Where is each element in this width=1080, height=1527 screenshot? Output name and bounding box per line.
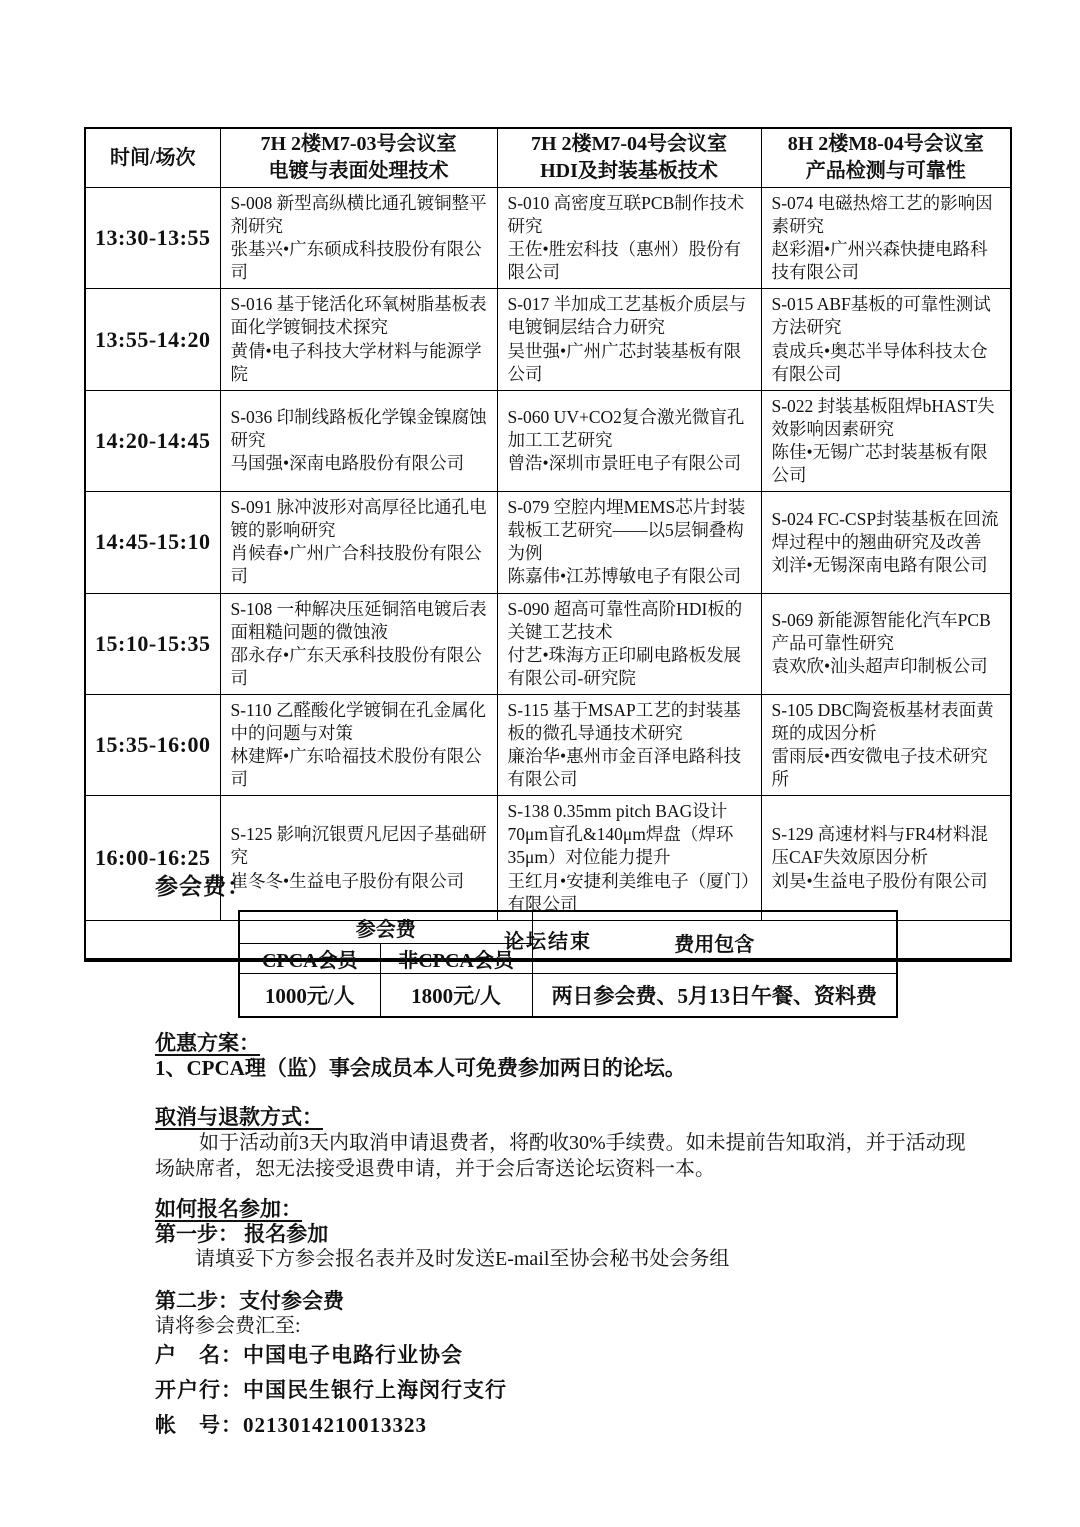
fee-values-row: 1000元/人 1800元/人 两日参会费、5月13日午餐、资料费 xyxy=(239,973,897,1017)
session-cell-room2: S-060 UV+CO2复合激光微盲孔加工工艺研究 曾浩•深圳市景旺电子有限公司 xyxy=(497,390,761,491)
time-cell: 15:10-15:35 xyxy=(85,593,220,694)
fee-header-row: 参会费 费用包含 xyxy=(239,911,897,943)
bank-branch: 开户行：中国民生银行上海闵行支行 xyxy=(155,1377,507,1403)
session-cell-room3: S-129 高速材料与FR4材料混压CAF失效原因分析 刘昊•生益电子股份有限公… xyxy=(761,796,1011,920)
time-cell: 13:30-13:55 xyxy=(85,188,220,289)
cancellation-body: 如于活动前3天内取消申请退费者，将酌收30%手续费。如未提前告知取消，并于活动现… xyxy=(155,1130,975,1182)
fee-header-cell: 参会费 xyxy=(239,911,532,943)
time-cell: 15:35-16:00 xyxy=(85,694,220,795)
schedule-row: 13:55-14:20 S-016 基于铑活化环氧树脂基板表面化学镀铜技术探究 … xyxy=(85,289,1011,390)
session-cell-room1: S-108 一种解决压延铜箔电镀后表面粗糙问题的微蚀液 邵永存•广东天承科技股份… xyxy=(220,593,497,694)
session-cell-room3: S-022 封装基板阻焊bHAST失效影响因素研究 陈佳•无锡广芯封装基板有限公… xyxy=(761,390,1011,491)
time-cell: 14:45-15:10 xyxy=(85,492,220,593)
cpca-member-header: CPCA会员 xyxy=(239,943,380,973)
schedule-row: 15:10-15:35 S-108 一种解决压延铜箔电镀后表面粗糙问题的微蚀液 … xyxy=(85,593,1011,694)
header-room1-column: 7H 2楼M7-03号会议室 电镀与表面处理技术 xyxy=(220,128,497,188)
member-price-cell: 1000元/人 xyxy=(239,973,380,1017)
time-cell: 13:55-14:20 xyxy=(85,289,220,390)
document-page: 时间/场次 7H 2楼M7-03号会议室 电镀与表面处理技术 7H 2楼M7-0… xyxy=(0,0,1080,1527)
schedule-row: 15:35-16:00 S-110 乙醛酸化学镀铜在孔金属化中的问题与对策 林建… xyxy=(85,694,1011,795)
session-cell-room1: S-036 印制线路板化学镍金镍腐蚀研究 马国强•深南电路股份有限公司 xyxy=(220,390,497,491)
discount-item: 1、CPCA理（监）事会成员本人可免费参加两日的论坛。 xyxy=(155,1055,686,1081)
registration-step2-title: 第二步：支付参会费 xyxy=(155,1288,344,1314)
session-cell-room3: S-074 电磁热熔工艺的影响因素研究 赵彩湄•广州兴森快捷电路科技有限公司 xyxy=(761,188,1011,289)
fee-includes-header-cell: 费用包含 xyxy=(532,911,897,973)
schedule-row: 13:30-13:55 S-008 新型高纵横比通孔镀铜整平剂研究 张基兴•广东… xyxy=(85,188,1011,289)
fee-section-title: 参会费： xyxy=(155,868,251,901)
session-cell-room1: S-091 脉冲波形对高厚径比通孔电镀的影响研究 肖候春•广州广合科技股份有限公… xyxy=(220,492,497,593)
discount-heading: 优惠方案： xyxy=(155,1030,260,1056)
schedule-header-row: 时间/场次 7H 2楼M7-03号会议室 电镀与表面处理技术 7H 2楼M7-0… xyxy=(85,128,1011,188)
session-cell-room2: S-090 超高可靠性高阶HDI板的关键工艺技术 付艺•珠海方正印刷电路板发展有… xyxy=(497,593,761,694)
session-cell-room3: S-015 ABF基板的可靠性测试方法研究 袁成兵•奥芯半导体科技太仓有限公司 xyxy=(761,289,1011,390)
header-room2-column: 7H 2楼M7-04号会议室 HDI及封装基板技术 xyxy=(497,128,761,188)
registration-step1-body: 请填妥下方参会报名表并及时发送E-mail至协会秘书处会务组 xyxy=(195,1247,729,1272)
session-cell-room1: S-016 基于铑活化环氧树脂基板表面化学镀铜技术探究 黄倩•电子科技大学材料与… xyxy=(220,289,497,390)
schedule-row: 14:45-15:10 S-091 脉冲波形对高厚径比通孔电镀的影响研究 肖候春… xyxy=(85,492,1011,593)
session-cell-room1: S-008 新型高纵横比通孔镀铜整平剂研究 张基兴•广东硕成科技股份有限公司 xyxy=(220,188,497,289)
non-member-price-cell: 1800元/人 xyxy=(380,973,532,1017)
session-cell-room2: S-079 空腔内埋MEMS芯片封装载板工艺研究——以5层铜叠构为例 陈嘉伟•江… xyxy=(497,492,761,593)
session-cell-room2: S-115 基于MSAP工艺的封装基板的微孔导通技术研究 廉治华•惠州市金百泽电… xyxy=(497,694,761,795)
registration-heading: 如何报名参加： xyxy=(155,1196,302,1222)
fee-table: 参会费 费用包含 CPCA会员 非CPCA会员 1000元/人 1800元/人 … xyxy=(238,910,898,1018)
schedule-row: 14:20-14:45 S-036 印制线路板化学镍金镍腐蚀研究 马国强•深南电… xyxy=(85,390,1011,491)
schedule-row: 16:00-16:25 S-125 影响沉银贾凡尼因子基础研究 崔冬冬•生益电子… xyxy=(85,796,1011,920)
time-cell: 14:20-14:45 xyxy=(85,390,220,491)
fee-includes-cell: 两日参会费、5月13日午餐、资料费 xyxy=(532,973,897,1017)
session-cell-room3: S-069 新能源智能化汽车PCB产品可靠性研究 袁欢欣•汕头超声印制板公司 xyxy=(761,593,1011,694)
session-cell-room1: S-125 影响沉银贾凡尼因子基础研究 崔冬冬•生益电子股份有限公司 xyxy=(220,796,497,920)
session-cell-room2: S-010 高密度互联PCB制作技术研究 王佐•胜宏科技（惠州）股份有限公司 xyxy=(497,188,761,289)
registration-step1-title: 第一步： 报名参加 xyxy=(155,1221,328,1247)
registration-step2-intro: 请将参会费汇至: xyxy=(155,1314,301,1339)
session-cell-room2: S-138 0.35mm pitch BAG设计70μm盲孔&140μm焊盘（焊… xyxy=(497,796,761,920)
bank-account-number: 帐 号：0213014210013323 xyxy=(155,1412,427,1438)
schedule-table: 时间/场次 7H 2楼M7-03号会议室 电镀与表面处理技术 7H 2楼M7-0… xyxy=(84,127,1012,962)
time-cell: 16:00-16:25 xyxy=(85,796,220,920)
session-cell-room3: S-024 FC-CSP封装基板在回流焊过程中的翘曲研究及改善 刘洋•无锡深南电… xyxy=(761,492,1011,593)
session-cell-room2: S-017 半加成工艺基板介质层与电镀铜层结合力研究 吴世强•广州广芯封装基板有… xyxy=(497,289,761,390)
non-cpca-member-header: 非CPCA会员 xyxy=(380,943,532,973)
cancellation-heading: 取消与退款方式： xyxy=(155,1104,323,1130)
header-room3-column: 8H 2楼M8-04号会议室 产品检测与可靠性 xyxy=(761,128,1011,188)
header-time-column: 时间/场次 xyxy=(85,128,220,188)
session-cell-room3: S-105 DBC陶瓷板基材表面黄斑的成因分析 雷雨辰•西安微电子技术研究所 xyxy=(761,694,1011,795)
bank-account-name: 户 名：中国电子电路行业协会 xyxy=(155,1342,463,1368)
session-cell-room1: S-110 乙醛酸化学镀铜在孔金属化中的问题与对策 林建辉•广东哈福技术股份有限… xyxy=(220,694,497,795)
